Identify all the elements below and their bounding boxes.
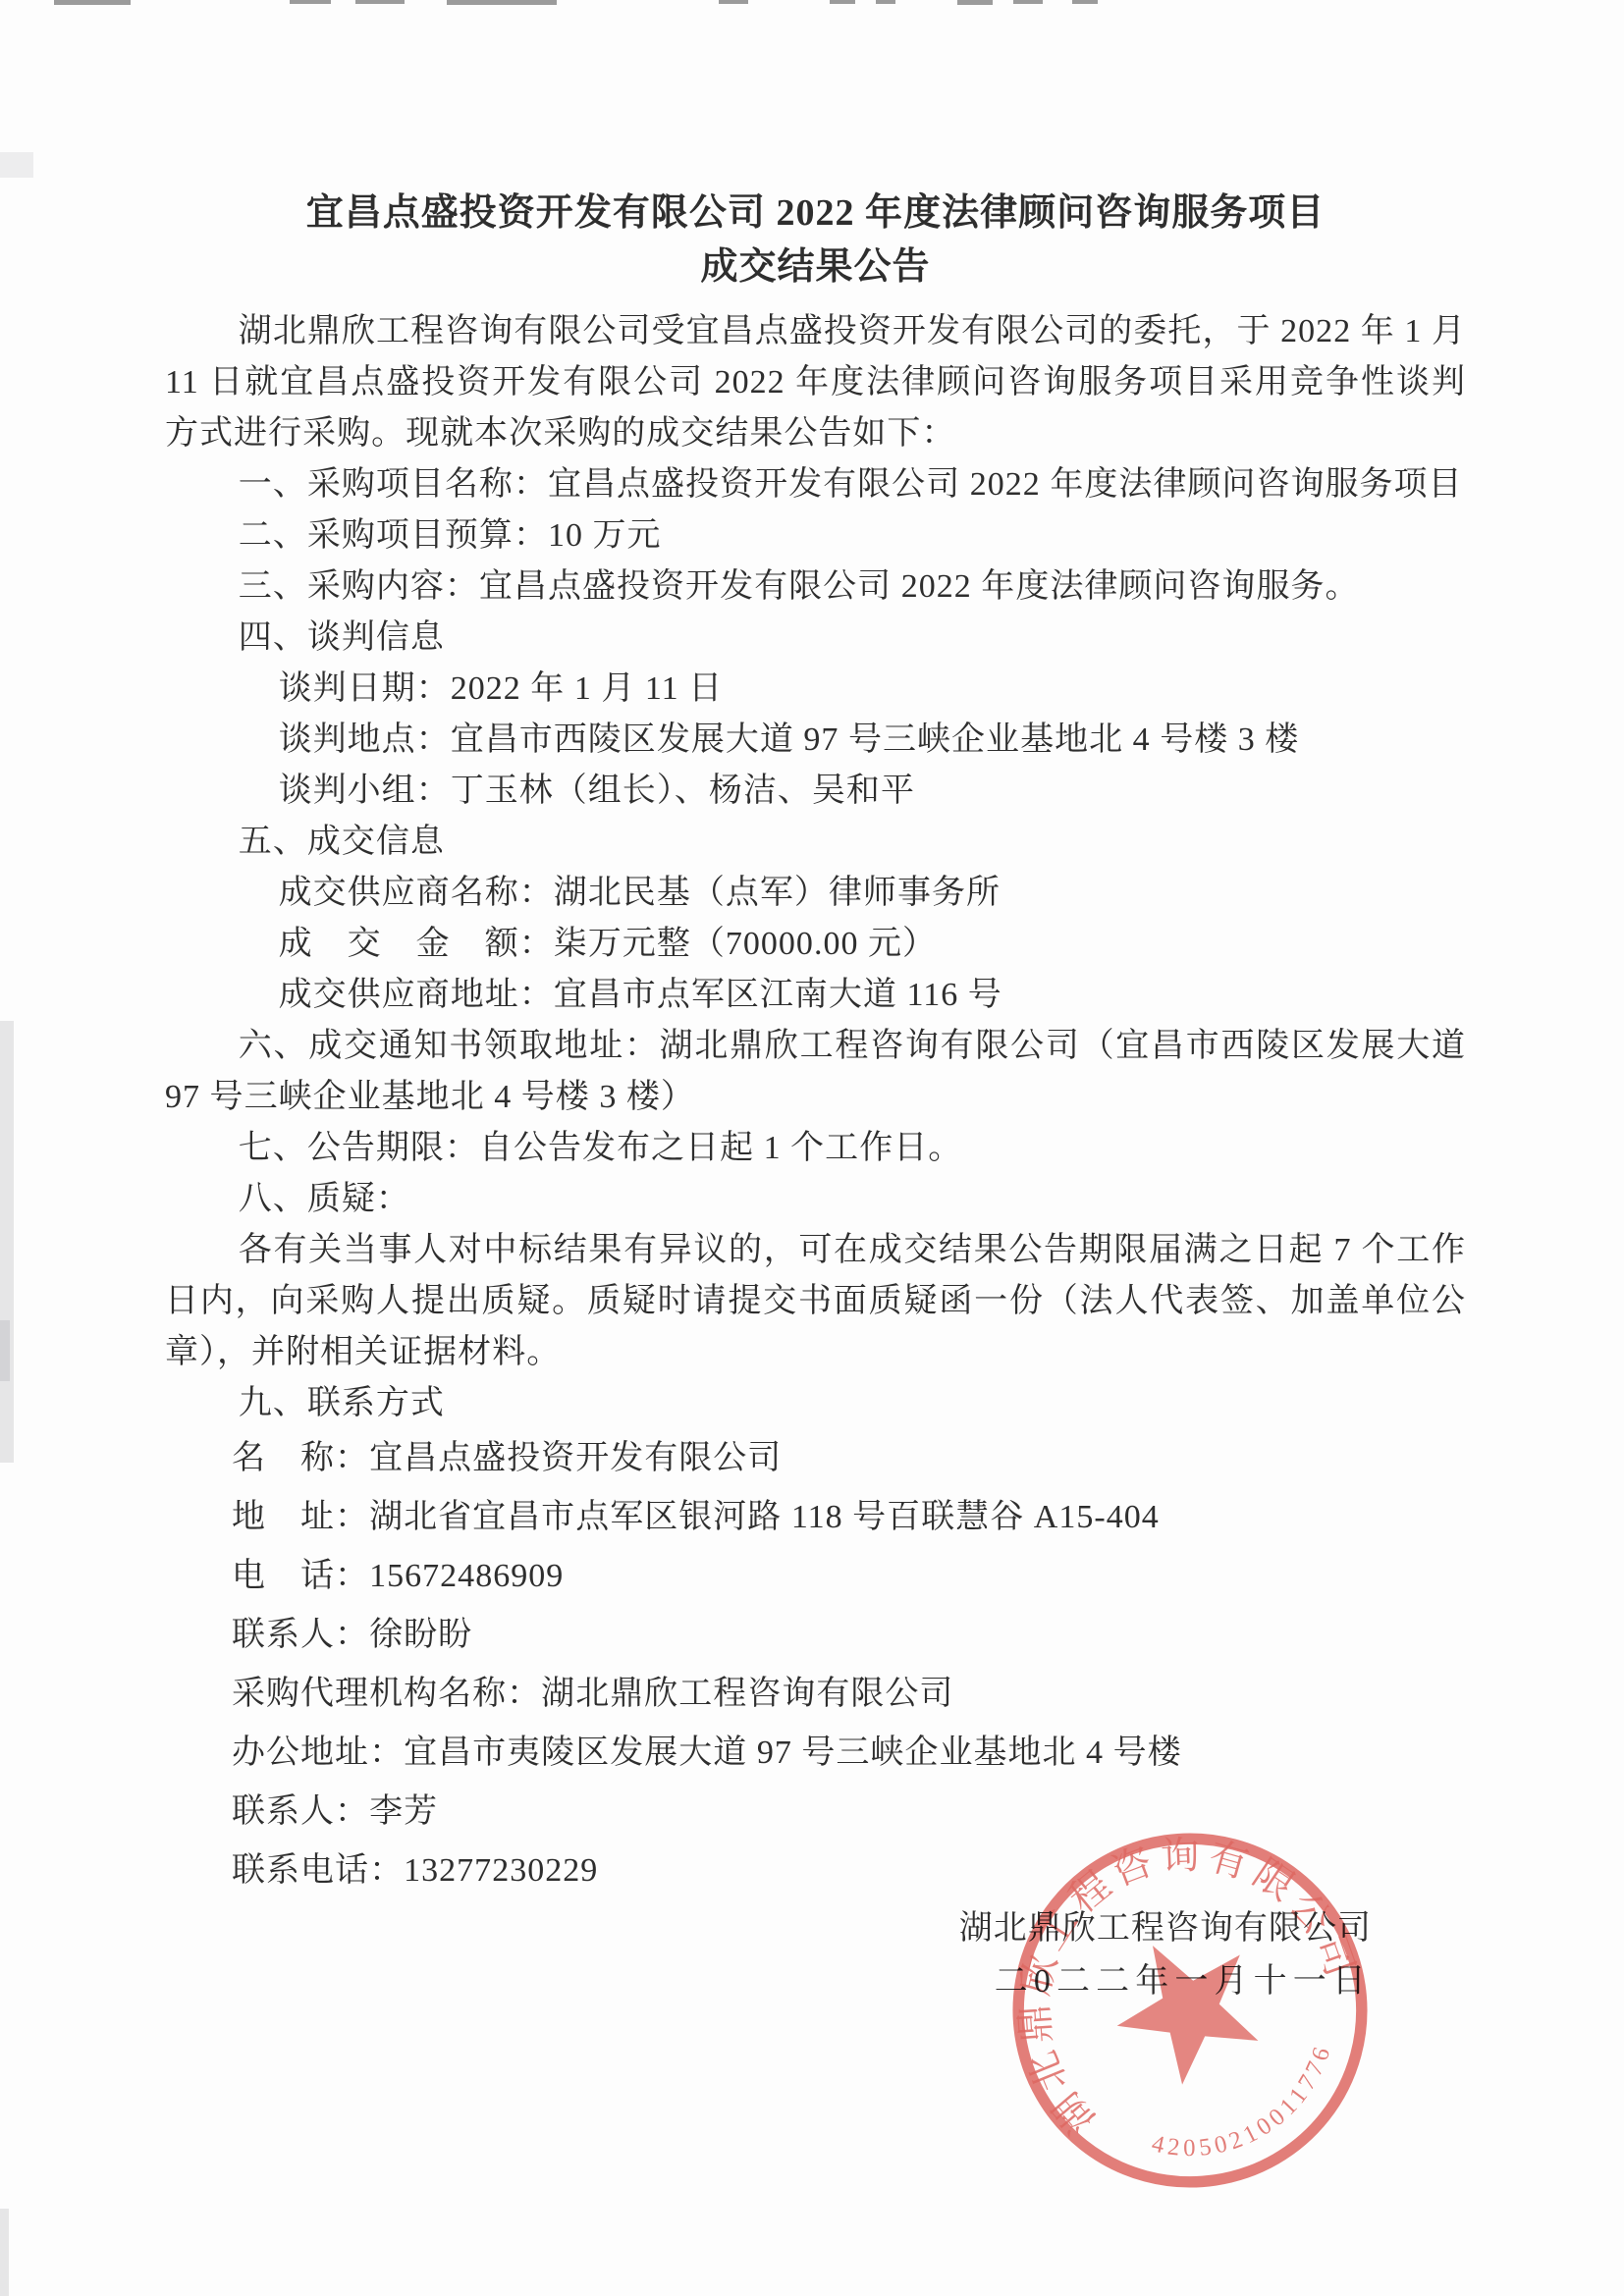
agency-person-line: 联系人：李芳: [165, 1783, 1466, 1842]
section-8-heading: 八、质疑：: [165, 1174, 1466, 1225]
scan-artifact: [0, 152, 33, 178]
signature-date: 二0二二年一月十一日: [165, 1955, 1372, 2008]
scan-artifact: [355, 0, 405, 4]
seal-number-arc-text: 42050210011776: [1140, 2031, 1360, 2195]
scan-artifact: [447, 0, 557, 5]
scan-artifact: [957, 0, 993, 5]
contact-name-line: 名 称：宜昌点盛投资开发有限公司: [165, 1429, 1466, 1488]
section-4-heading: 四、谈判信息: [165, 613, 1466, 664]
contact-address-line: 地 址：湖北省宜昌市点军区银河路 118 号百联慧谷 A15-404: [165, 1488, 1466, 1547]
transaction-amount-line: 成 交 金 额：柒万元整（70000.00 元）: [165, 919, 1466, 970]
section-3-content: 三、采购内容：宜昌点盛投资开发有限公司 2022 年度法律顾问咨询服务。: [165, 561, 1466, 613]
scan-artifact: [0, 1021, 14, 1463]
scan-artifact: [876, 0, 895, 4]
agency-phone-line: 联系电话：13277230229: [165, 1842, 1466, 1900]
agency-address-line: 办公地址：宜昌市夷陵区发展大道 97 号三峡企业基地北 4 号楼: [165, 1724, 1466, 1783]
scanned-document-page: 宜昌点盛投资开发有限公司 2022 年度法律顾问咨询服务项目 成交结果公告 湖北…: [0, 0, 1624, 2296]
document-body: 宜昌点盛投资开发有限公司 2022 年度法律顾问咨询服务项目 成交结果公告 湖北…: [165, 187, 1466, 2008]
section-1-project-name: 一、采购项目名称：宜昌点盛投资开发有限公司 2022 年度法律顾问咨询服务项目: [165, 459, 1466, 510]
supplier-address-line: 成交供应商地址：宜昌市点军区江南大道 116 号: [165, 970, 1466, 1021]
intro-paragraph: 湖北鼎欣工程咨询有限公司受宜昌点盛投资开发有限公司的委托，于 2022 年 1 …: [165, 306, 1466, 459]
contact-person-line: 联系人：徐盼盼: [165, 1606, 1466, 1665]
document-title-line2: 成交结果公告: [165, 240, 1466, 294]
signature-block: 湖北鼎欣工程咨询有限公司 二0二二年一月十一日: [165, 1902, 1466, 2008]
contact-block: 名 称：宜昌点盛投资开发有限公司 地 址：湖北省宜昌市点军区银河路 118 号百…: [165, 1429, 1466, 1900]
section-2-budget: 二、采购项目预算：10 万元: [165, 510, 1466, 561]
svg-text:42050210011776: 42050210011776: [1140, 2031, 1360, 2195]
signature-company: 湖北鼎欣工程咨询有限公司: [165, 1902, 1372, 1955]
scan-artifact: [1072, 0, 1098, 4]
section-8-objection-paragraph: 各有关当事人对中标结果有异议的，可在成交结果公告期限届满之日起 7 个工作日内，…: [165, 1225, 1466, 1378]
section-6-notice-pickup: 六、成交通知书领取地址：湖北鼎欣工程咨询有限公司（宜昌市西陵区发展大道 97 号…: [165, 1021, 1466, 1123]
contact-phone-line: 电 话：15672486909: [165, 1547, 1466, 1606]
winning-supplier-line: 成交供应商名称：湖北民基（点军）律师事务所: [165, 868, 1466, 919]
scan-artifact: [0, 2209, 9, 2296]
scan-artifact: [0, 1320, 10, 1381]
scan-artifact: [54, 0, 131, 5]
negotiation-team-line: 谈判小组：丁玉林（组长）、杨洁、吴和平: [165, 766, 1466, 817]
negotiation-place-line: 谈判地点：宜昌市西陵区发展大道 97 号三峡企业基地北 4 号楼 3 楼: [165, 715, 1466, 766]
section-7-announcement-period: 七、公告期限：自公告发布之日起 1 个工作日。: [165, 1123, 1466, 1174]
section-5-heading: 五、成交信息: [165, 817, 1466, 868]
negotiation-date-line: 谈判日期：2022 年 1 月 11 日: [165, 664, 1466, 715]
scan-artifact: [1013, 0, 1043, 4]
scan-artifact: [719, 0, 748, 4]
document-title-line1: 宜昌点盛投资开发有限公司 2022 年度法律顾问咨询服务项目: [165, 187, 1466, 240]
scan-artifact: [290, 0, 331, 4]
scan-artifact: [830, 0, 855, 4]
agency-name-line: 采购代理机构名称：湖北鼎欣工程咨询有限公司: [165, 1665, 1466, 1724]
section-9-heading: 九、联系方式: [165, 1378, 1466, 1429]
